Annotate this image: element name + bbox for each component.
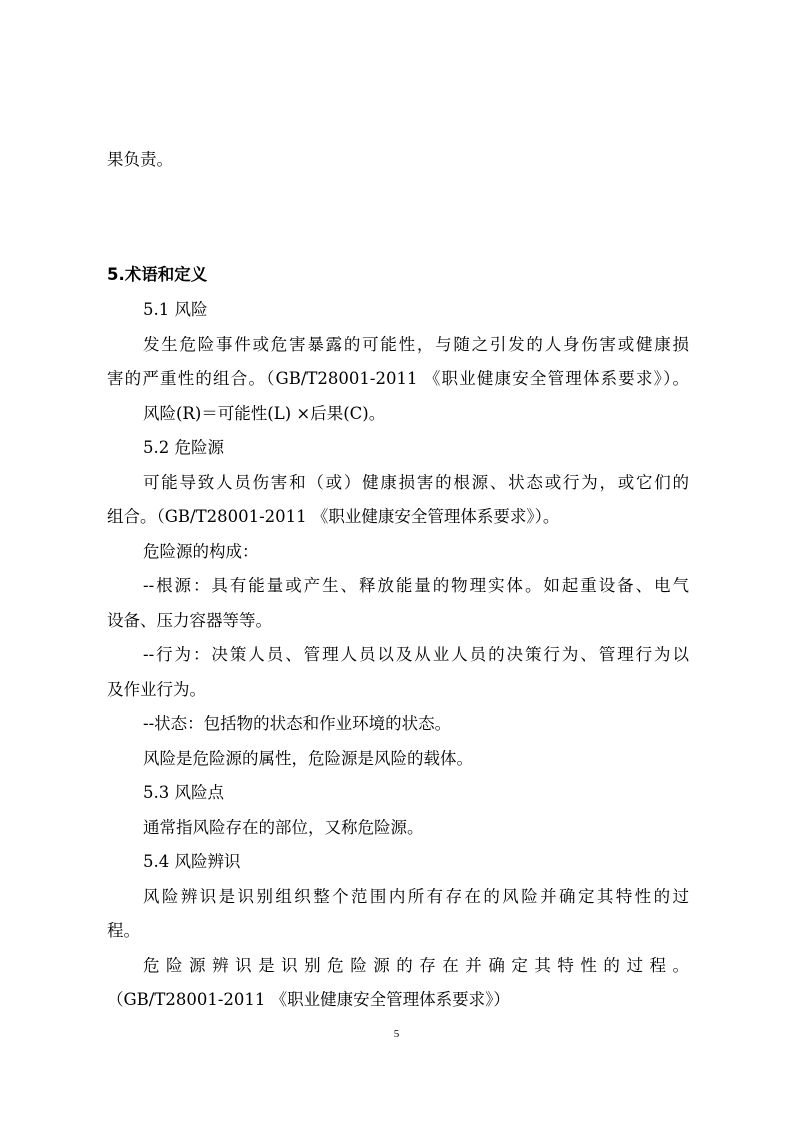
text-line: 害的严重性的组合。（GB/T28001-2011 《职业健康安全管理体系要求》）…	[107, 369, 689, 389]
text-line: 5.3 风险点	[143, 783, 224, 803]
text-line: （GB/T28001-2011 《职业健康安全管理体系要求》）	[107, 990, 510, 1010]
text-line: 风险辨识是识别组织整个范围内所有存在的风险并确定其特性的过	[143, 887, 689, 907]
text-line: 及作业行为。	[107, 680, 206, 700]
text-line: 危险源辨识是识别危险源的存在并确定其特性的过程。	[143, 956, 689, 976]
text-line: 5.2 危险源	[143, 438, 224, 458]
text-line: --根源：具有能量或产生、释放能量的物理实体。如起重设备、电气	[143, 576, 689, 596]
text-line: 程。	[107, 921, 140, 941]
text-line: 设备、压力容器等等。	[107, 611, 272, 631]
text-line: 危险源的构成：	[143, 542, 259, 562]
section-heading: 5.术语和定义	[107, 265, 207, 285]
text-line: 发生危险事件或危害暴露的可能性，与随之引发的人身伤害或健康损	[143, 335, 689, 355]
text-line: --状态：包括物的状态和作业环境的状态。	[143, 714, 451, 734]
text-line: 通常指风险存在的部位，又称危险源。	[143, 818, 424, 838]
text-line: 可能导致人员伤害和（或）健康损害的根源、状态或行为，或它们的	[143, 473, 689, 493]
text-line: 风险(R)＝可能性(L) ×后果(C)。	[143, 404, 385, 424]
text-line: --行为：决策人员、管理人员以及从业人员的决策行为、管理行为以	[143, 645, 689, 665]
text-line: 风险是危险源的属性，危险源是风险的载体。	[143, 749, 473, 769]
text-line: 5.1 风险	[143, 300, 208, 320]
text-line: 5.4 风险辨识	[143, 852, 241, 872]
text-line: 组合。（GB/T28001-2011 《职业健康安全管理体系要求》）。	[107, 507, 559, 527]
text-line: 果负责。	[107, 150, 173, 170]
page-number: 5	[0, 1028, 793, 1040]
